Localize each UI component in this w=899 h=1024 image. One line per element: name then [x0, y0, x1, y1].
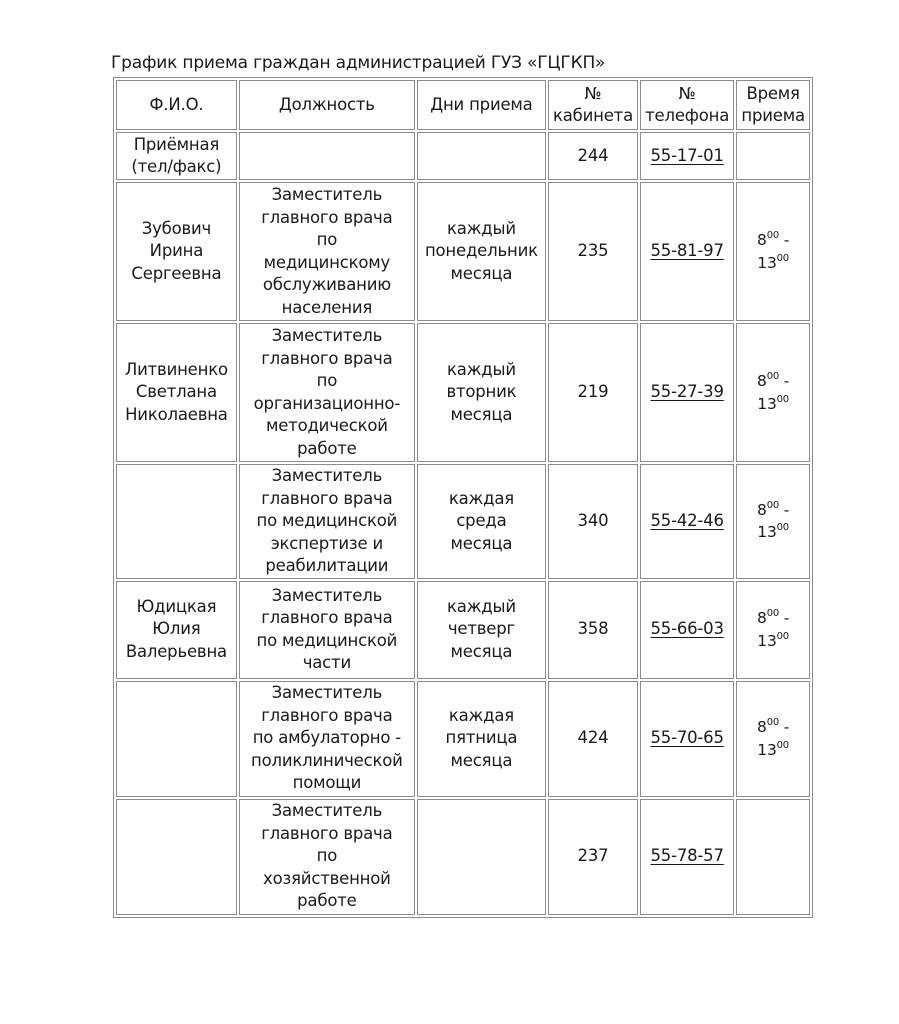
table-header-row: Ф.И.О. Должность Дни приема №кабинета №т…: [116, 80, 810, 130]
cell-days-line: месяца: [451, 642, 513, 661]
cell-fio: [116, 681, 237, 797]
cell-position-line: по медицинской: [257, 511, 398, 530]
cell-fio: ЛитвиненкоСветланаНиколаевна: [116, 323, 237, 462]
cell-days: каждыйчетвергмесяца: [417, 581, 546, 679]
cell-days-line: каждый: [447, 360, 516, 379]
cell-position-line: главного врача: [261, 489, 392, 508]
cell-fio-line: Николаевна: [125, 405, 228, 424]
cell-time: [736, 132, 810, 180]
cell-time: 800 -1300: [736, 464, 810, 579]
cell-position-line: организационно-: [254, 394, 400, 413]
table-row: Заместительглавного врачапо медицинскойэ…: [116, 464, 810, 579]
cell-fio: [116, 799, 237, 915]
cell-phone: 55-42-46: [640, 464, 734, 579]
header-phone-line2: телефона: [645, 106, 729, 125]
cell-fio-line: Валерьевна: [126, 642, 227, 661]
cell-days-line: месяца: [451, 264, 513, 283]
cell-fio-line: Приёмная: [134, 135, 219, 154]
cell-days: [417, 132, 546, 180]
header-time-line2: приема: [741, 106, 805, 125]
phone-link[interactable]: 55-81-97: [650, 241, 723, 260]
table-caption: График приема граждан администрацией ГУЗ…: [111, 53, 605, 73]
cell-position-line: Заместитель: [272, 801, 383, 820]
cell-position-line: главного врача: [261, 824, 392, 843]
cell-days-line: вторник: [446, 382, 516, 401]
cell-phone: 55-81-97: [640, 182, 734, 321]
cell-phone: 55-66-03: [640, 581, 734, 679]
phone-link[interactable]: 55-70-65: [650, 728, 723, 747]
cell-time: 800 -1300: [736, 182, 810, 321]
cell-position-line: по амбулаторно -: [253, 728, 401, 747]
table-row: Заместительглавного врачапохозяйственной…: [116, 799, 810, 915]
cell-days: каждыйвторникмесяца: [417, 323, 546, 462]
cell-phone: 55-27-39: [640, 323, 734, 462]
cell-fio-line: Юлия: [152, 619, 200, 638]
reception-time: 800 -1300: [757, 718, 789, 759]
cell-position-line: главного врача: [261, 608, 392, 627]
phone-link[interactable]: 55-66-03: [650, 619, 723, 638]
reception-time: 800 -1300: [757, 231, 789, 272]
cell-fio-line: (тел/факс): [131, 157, 221, 176]
cell-room: 424: [548, 681, 638, 797]
cell-position-line: реабилитации: [265, 556, 388, 575]
cell-days: каждаясредамесяца: [417, 464, 546, 579]
cell-days: каждыйпонедельникмесяца: [417, 182, 546, 321]
cell-days-line: среда: [456, 511, 506, 530]
cell-time: [736, 799, 810, 915]
cell-days-line: каждый: [447, 219, 516, 238]
cell-position-line: по: [317, 230, 337, 249]
cell-room: 219: [548, 323, 638, 462]
cell-fio-line: Зубович: [142, 219, 211, 238]
cell-fio: Приёмная(тел/факс): [116, 132, 237, 180]
cell-position: Заместительглавного врачапомедицинскомуо…: [239, 182, 415, 321]
cell-room: 244: [548, 132, 638, 180]
header-position: Должность: [239, 80, 415, 130]
header-time-line1: Время: [746, 84, 799, 103]
cell-position: Заместительглавного врачапоорганизационн…: [239, 323, 415, 462]
cell-position-line: главного врача: [261, 208, 392, 227]
reception-time: 800 -1300: [757, 609, 789, 650]
cell-fio-line: Юдицкая: [137, 597, 217, 616]
table-row: Заместительглавного врачапо амбулаторно …: [116, 681, 810, 797]
header-room-line2: кабинета: [553, 106, 633, 125]
cell-position-line: хозяйственной: [263, 869, 391, 888]
cell-position-line: главного врача: [261, 349, 392, 368]
cell-position-line: главного врача: [261, 706, 392, 725]
cell-position-line: по: [317, 846, 337, 865]
cell-fio-line: Литвиненко: [125, 360, 228, 379]
phone-link[interactable]: 55-17-01: [650, 146, 723, 165]
cell-position-line: помощи: [293, 773, 362, 792]
header-room: №кабинета: [548, 80, 638, 130]
cell-days-line: понедельник: [425, 241, 538, 260]
reception-schedule-table: Ф.И.О. Должность Дни приема №кабинета №т…: [113, 77, 813, 918]
cell-phone: 55-70-65: [640, 681, 734, 797]
header-days: Дни приема: [417, 80, 546, 130]
phone-link[interactable]: 55-27-39: [650, 382, 723, 401]
cell-fio-line: Сергеевна: [131, 264, 221, 283]
table-row: Приёмная(тел/факс)24455-17-01: [116, 132, 810, 180]
header-phone: №телефона: [640, 80, 734, 130]
cell-position-line: поликлинической: [251, 751, 403, 770]
cell-position-line: по медицинской: [257, 631, 398, 650]
cell-fio: ЮдицкаяЮлияВалерьевна: [116, 581, 237, 679]
table-row: ЗубовичИринаСергеевнаЗаместительглавного…: [116, 182, 810, 321]
cell-days-line: месяца: [451, 405, 513, 424]
cell-time: 800 -1300: [736, 681, 810, 797]
cell-phone: 55-17-01: [640, 132, 734, 180]
cell-position-line: работе: [297, 891, 356, 910]
cell-room: 358: [548, 581, 638, 679]
cell-days-line: каждый: [447, 597, 516, 616]
cell-room: 340: [548, 464, 638, 579]
cell-position: Заместительглавного врачапохозяйственной…: [239, 799, 415, 915]
cell-days-line: месяца: [451, 534, 513, 553]
table-row: ЛитвиненкоСветланаНиколаевнаЗаместительг…: [116, 323, 810, 462]
cell-position-line: обслуживанию: [263, 275, 391, 294]
cell-days-line: четверг: [448, 619, 515, 638]
cell-days: [417, 799, 546, 915]
cell-position-line: экспертизе и: [271, 534, 383, 553]
cell-days-line: каждая: [449, 706, 514, 725]
cell-room: 237: [548, 799, 638, 915]
cell-fio-line: Светлана: [136, 382, 217, 401]
cell-days-line: месяца: [451, 751, 513, 770]
cell-position-line: Заместитель: [272, 683, 383, 702]
cell-time: 800 -1300: [736, 323, 810, 462]
phone-link[interactable]: 55-78-57: [650, 846, 723, 865]
cell-position-line: населения: [282, 298, 372, 317]
cell-position: Заместительглавного врачапо медицинскойэ…: [239, 464, 415, 579]
cell-phone: 55-78-57: [640, 799, 734, 915]
table-row: ЮдицкаяЮлияВалерьевнаЗаместительглавного…: [116, 581, 810, 679]
cell-position-line: Заместитель: [272, 586, 383, 605]
cell-fio-line: Ирина: [150, 241, 203, 260]
table-body: Приёмная(тел/факс)24455-17-01ЗубовичИрин…: [116, 132, 810, 915]
reception-time: 800 -1300: [757, 501, 789, 542]
cell-days-line: каждая: [449, 489, 514, 508]
cell-fio: [116, 464, 237, 579]
cell-position: Заместительглавного врачапо медицинскойч…: [239, 581, 415, 679]
header-fio: Ф.И.О.: [116, 80, 237, 130]
cell-position-line: Заместитель: [272, 326, 383, 345]
cell-position-line: части: [303, 653, 351, 672]
cell-position-line: работе: [297, 439, 356, 458]
header-time: Времяприема: [736, 80, 810, 130]
cell-position: Заместительглавного врачапо амбулаторно …: [239, 681, 415, 797]
cell-fio: ЗубовичИринаСергеевна: [116, 182, 237, 321]
cell-position-line: Заместитель: [272, 466, 383, 485]
header-room-line1: №: [585, 84, 602, 103]
cell-position-line: методической: [266, 416, 388, 435]
cell-days: каждаяпятницамесяца: [417, 681, 546, 797]
cell-position-line: медицинскому: [264, 253, 390, 272]
phone-link[interactable]: 55-42-46: [650, 511, 723, 530]
header-phone-line1: №: [679, 84, 696, 103]
cell-time: 800 -1300: [736, 581, 810, 679]
cell-position-line: Заместитель: [272, 185, 383, 204]
cell-room: 235: [548, 182, 638, 321]
reception-time: 800 -1300: [757, 372, 789, 413]
cell-days-line: пятница: [446, 728, 518, 747]
cell-position-line: по: [317, 371, 337, 390]
cell-position: [239, 132, 415, 180]
